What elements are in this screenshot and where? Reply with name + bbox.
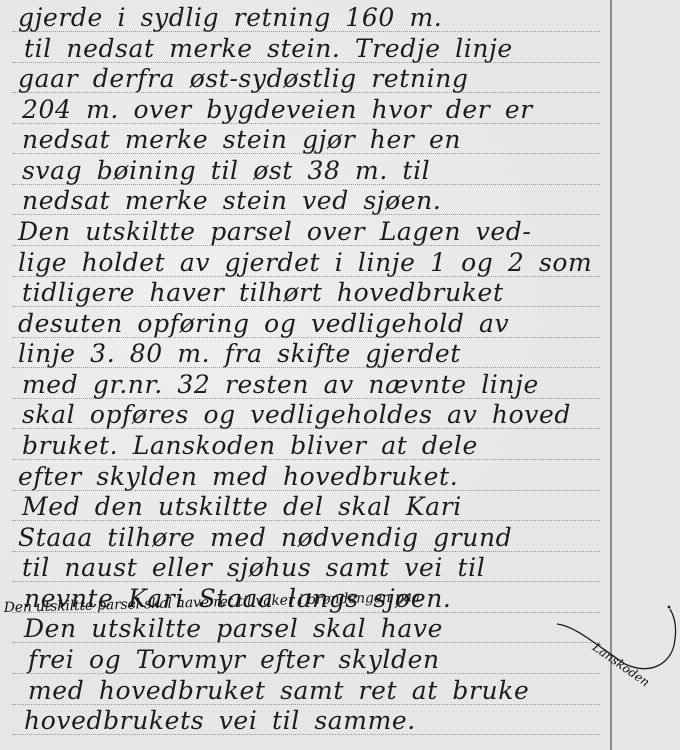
text-line: Med den utskiltte del skal Kari xyxy=(22,493,612,521)
text-line: med gr.nr. 32 resten av nævnte linje xyxy=(22,371,612,399)
text-line: Den utskiltte parsel skal have xyxy=(24,615,614,643)
text-line: lige holdet av gjerdet i linje 1 og 2 so… xyxy=(18,249,608,277)
text-line: bruket. Lanskoden bliver at dele xyxy=(22,432,612,460)
text-line: gaar derfra øst-sydøstlig retning xyxy=(18,65,608,93)
text-line: frei og Torvmyr efter skylden xyxy=(28,646,618,674)
text-line: Den utskiltte parsel over Lagen ved- xyxy=(18,218,608,246)
text-line: nedsat merke stein gjør her en xyxy=(22,126,612,154)
text-line: desuten opføring og vedligehold av xyxy=(18,310,608,338)
text-line: til nedsat merke stein. Tredje linje xyxy=(24,35,614,63)
text-line: Staaa tilhøre med nødvendig grund xyxy=(18,524,608,552)
text-line: med hovedbruket samt ret at bruke xyxy=(28,677,618,705)
text-line: efter skylden med hovedbruket. xyxy=(18,463,608,491)
text-line: hovedbrukets vei til samme. xyxy=(24,707,614,735)
text-line: svag bøining til øst 38 m. til xyxy=(22,157,612,185)
text-line: til naust eller sjøhus samt vei til xyxy=(22,554,612,582)
text-line: nedsat merke stein ved sjøen. xyxy=(22,187,612,215)
document-page: gjerde i sydlig retning 160 m. til nedsa… xyxy=(0,0,680,750)
text-line: gjerde i sydlig retning 160 m. xyxy=(18,4,608,32)
text-line: tidligere haver tilhørt hovedbruket xyxy=(22,279,612,307)
text-line: 204 m. over bygdeveien hvor der er xyxy=(22,96,612,124)
text-line: skal opføres og vedligeholdes av hoved xyxy=(22,401,612,429)
text-line: linje 3. 80 m. fra skifte gjerdet xyxy=(18,340,608,368)
